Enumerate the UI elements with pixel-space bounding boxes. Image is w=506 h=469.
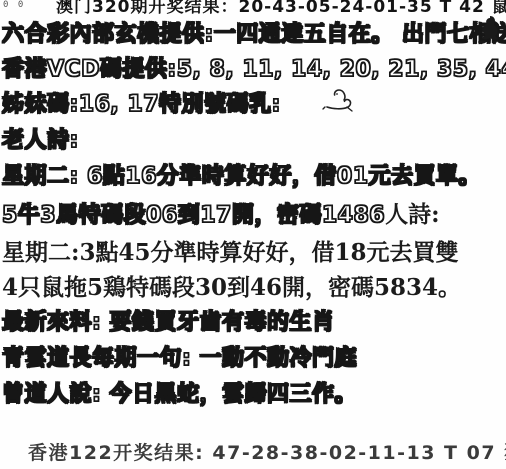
lottery-tip-sheet: 0 0 澳门320期开奖结果：20-43-05-24-01-35 T 42 鼠 … [0,0,506,469]
segment-tip-1-suffix: 人詩: [385,201,440,228]
monkey-icon [477,15,501,49]
sister-codes-line: 姊妹碼:16, 17特別號碼乳: [2,87,281,118]
old-man-poem-label: 老人詩: [2,123,79,154]
latest-tip-line: 最新來料: 要錢買牙齒有毒的生肖 [2,305,334,336]
hk-result-line: 香港122开奖结果: 47-28-38-02-11-13 T 07 猪. [28,438,506,465]
zengdaoren-saying-line: 曾道人說: 今日黑蛇，雲歸四三作。 [2,377,357,408]
segment-tip-1: 5牛3馬特碼段06到17開，密碼1486人詩: [2,196,440,229]
tuesday-tip-2: 星期二:3點45分準時算好好，借18元去買雙 [2,234,459,267]
tuesday-tip-1: 星期二: 6點16分準時算好好，借01元去買單。 [2,159,481,190]
segment-tip-2: 4只鼠拖5鶏特碼段30到46開，密碼5834。 [2,269,461,302]
qingyun-saying-line: 青雲道長每期一句: 一動不動冷門庭 [2,341,357,372]
corner-mark: 0 0 [3,0,25,10]
segment-tip-1-text: 5牛3馬特碼段06到17開，密碼1486 [2,203,385,228]
macau-result-line: 澳门320期开奖结果：20-43-05-24-01-35 T 42 鼠 [56,0,506,17]
headline-tip: 六合彩內部玄機提供:一四通達五自在。 出門七相送。 [2,17,506,48]
vcd-codes-line: 香港VCD碼提供:5, 8, 11, 14, 20, 21, 35, 44 [2,52,506,83]
rat-sketch-icon [322,85,356,117]
